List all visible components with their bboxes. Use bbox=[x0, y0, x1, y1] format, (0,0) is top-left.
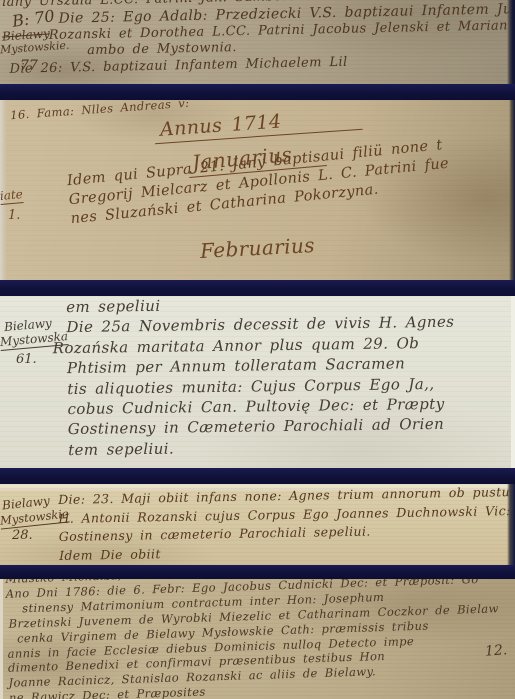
margin-annotation: 12. bbox=[484, 642, 507, 660]
register-strip-1: B: 70 Bielawy Mystowskie. 77 lany Urszul… bbox=[0, 0, 515, 84]
month-heading-february: Februarius bbox=[199, 233, 315, 263]
separator-bar-4 bbox=[0, 565, 515, 579]
register-strip-5: Miastko Michaiza, Ano Dni 1786: die 6. F… bbox=[0, 579, 515, 699]
photo-edge bbox=[507, 0, 515, 84]
register-strip-2: 16. Fama: Nlles Andreas v: Annus 1714 Ja… bbox=[0, 100, 515, 280]
paper-edge bbox=[511, 296, 515, 468]
photo-edge bbox=[509, 100, 515, 280]
register-scan-collage: B: 70 Bielawy Mystowskie. 77 lany Urszul… bbox=[0, 0, 515, 699]
separator-bar-3 bbox=[0, 468, 515, 484]
year-heading: Annus 1714 bbox=[153, 105, 362, 144]
register-strip-4: Bielawy Mystowskie 28. Die: 23. Maji obi… bbox=[0, 484, 515, 565]
separator-bar-2 bbox=[0, 280, 515, 296]
photo-edge bbox=[507, 484, 515, 565]
register-strip-3: Bielawy Mystowska 61. em sepeliui Die 25… bbox=[0, 296, 515, 468]
separator-bar-1 bbox=[0, 84, 515, 100]
